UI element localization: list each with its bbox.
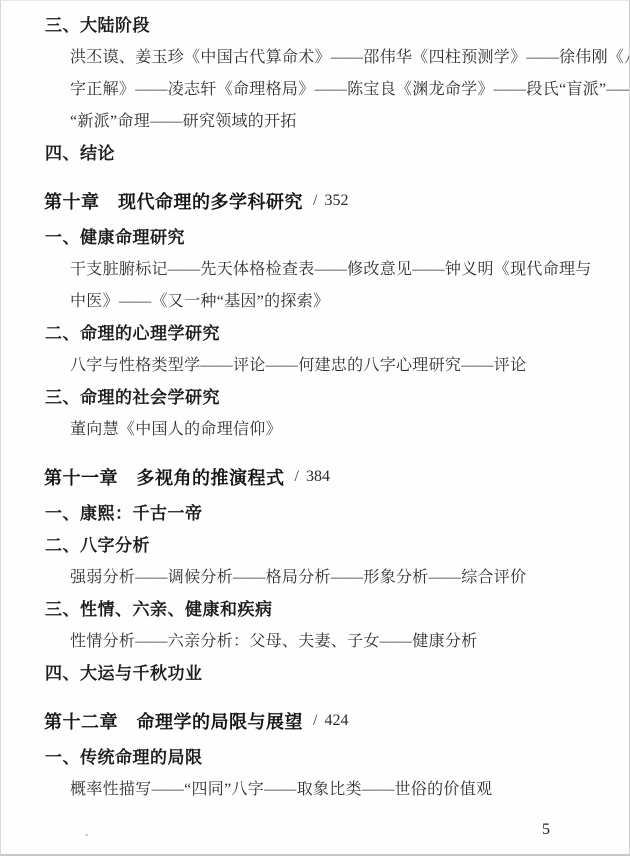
toc-detail-line: 字正解》——凌志轩《命理格局》——陈宝良《渊龙命学》——段氏“盲派”—— (1, 71, 629, 103)
toc-detail-line: 强弱分析——调候分析——格局分析——形象分析——综合评价 (1, 559, 629, 591)
chapter-title: 第十二章 命理学的局限与展望 (44, 708, 303, 734)
toc-detail-line: 洪丕谟、姜玉珍《中国古代算命术》——邵伟华《四柱预测学》——徐伟刚《八 (1, 39, 629, 71)
chapter-page-number: 384 (306, 468, 330, 486)
toc-detail-line: “新派”命理——研究领域的开拓 (1, 103, 629, 135)
toc-item-heading: 三、性情、六亲、健康和疾病 (1, 591, 629, 623)
toc-detail-line: 中医》——《又一种“基因”的探索》 (1, 283, 629, 315)
chapter-page-number: 424 (324, 712, 348, 730)
toc-item-heading: 一、健康命理研究 (1, 219, 629, 251)
toc-chapter-heading: 第十一章 多视角的推演程式/384 (1, 459, 629, 495)
toc-detail-line: 八字与性格类型学——评论——何建忠的八字心理研究——评论 (1, 347, 629, 379)
toc-item-heading: 四、大运与千秋功业 (1, 655, 629, 687)
toc-item-heading: 四、结论 (1, 135, 629, 167)
toc-item-heading: 一、康熙：千古一帝 (1, 495, 629, 527)
page-number: 5 (542, 821, 550, 839)
toc-item-heading: 二、命理的心理学研究 (1, 315, 629, 347)
toc-chapter-heading: 第十章 现代命理的多学科研究/352 (1, 183, 629, 219)
chapter-page-separator: / (313, 192, 317, 210)
chapter-page-number: 352 (324, 192, 348, 210)
toc-item-heading: 三、命理的社会学研究 (1, 379, 629, 411)
toc-detail-line: 概率性描写——“四同”八字——取象比类——世俗的价值观 (1, 771, 629, 803)
toc-detail-line: 干支脏腑标记——先天体格检查表——修改意见——钟义明《现代命理与 (1, 251, 629, 283)
chapter-page-separator: / (295, 468, 299, 486)
toc-item-heading: 一、传统命理的局限 (1, 739, 629, 771)
toc-item-heading: 三、大陆阶段 (1, 7, 629, 39)
toc-chapter-heading: 第十二章 命理学的局限与展望/424 (1, 703, 629, 739)
book-scan-page: 三、大陆阶段洪丕谟、姜玉珍《中国古代算命术》——邵伟华《四柱预测学》——徐伟刚《… (0, 0, 630, 856)
scan-artifact (85, 834, 88, 836)
toc-detail-line: 性情分析——六亲分析：父母、夫妻、子女——健康分析 (1, 623, 629, 655)
table-of-contents: 三、大陆阶段洪丕谟、姜玉珍《中国古代算命术》——邵伟华《四柱预测学》——徐伟刚《… (1, 7, 629, 803)
chapter-page-separator: / (313, 712, 317, 730)
toc-detail-line: 董向慧《中国人的命理信仰》 (1, 411, 629, 443)
toc-item-heading: 二、八字分析 (1, 527, 629, 559)
chapter-title: 第十一章 多视角的推演程式 (44, 464, 285, 490)
chapter-title: 第十章 现代命理的多学科研究 (44, 188, 303, 214)
